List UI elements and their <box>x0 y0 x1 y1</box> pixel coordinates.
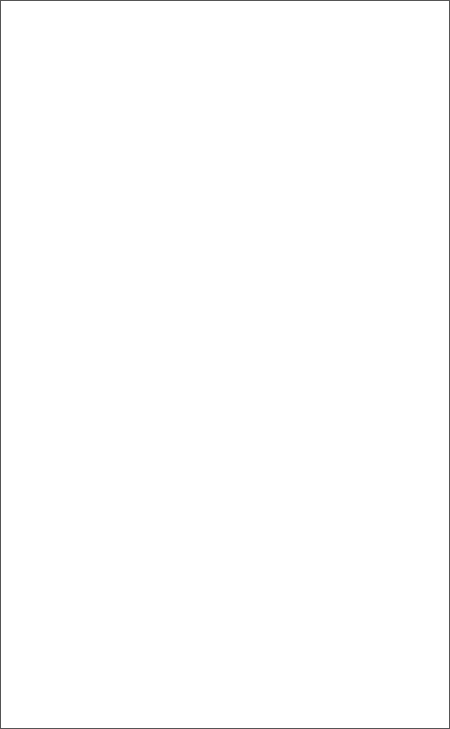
copyright-page: .p2-7 { top: 213px !important; } <box>0 0 450 729</box>
